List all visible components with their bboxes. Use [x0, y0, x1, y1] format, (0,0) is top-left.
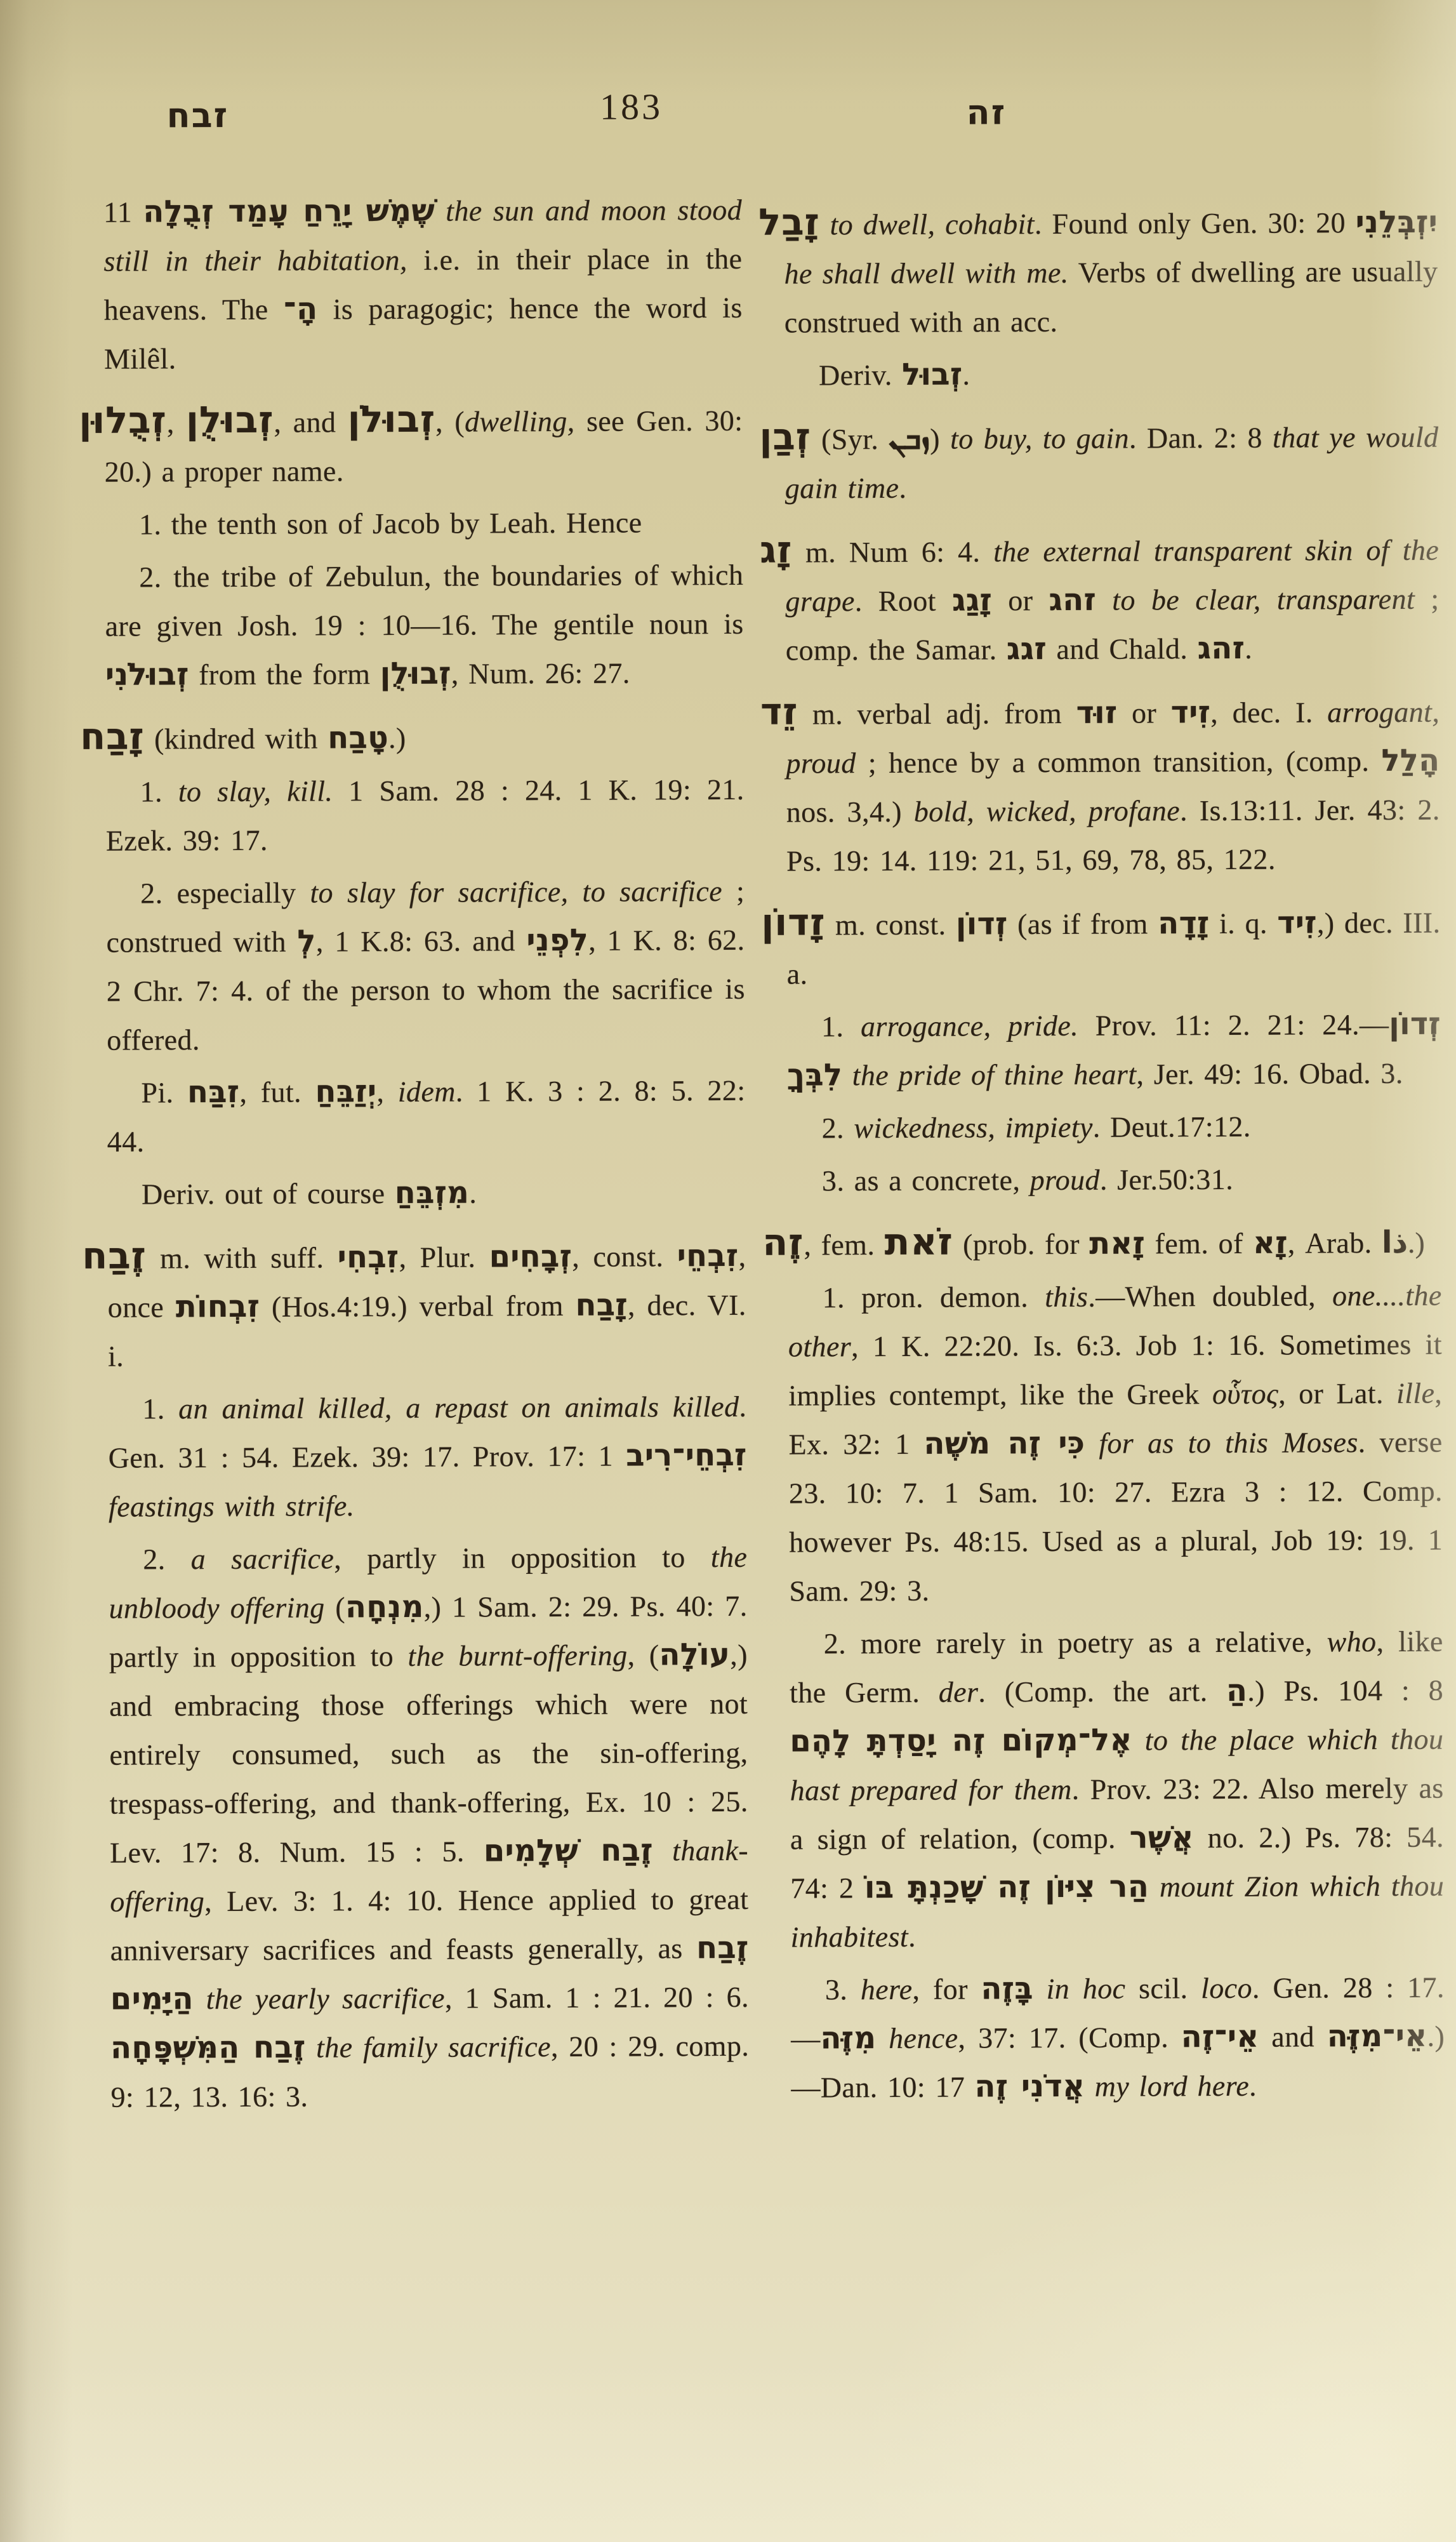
def-zebulun-2: 2. the tribe of Zebulun, the boundaries … [105, 550, 744, 700]
italic-gloss: arrogance, pride. [861, 1009, 1078, 1042]
body-text: , or Lat. [1278, 1377, 1396, 1410]
body-text: , for [912, 1973, 981, 2005]
body-text: .) [1408, 1227, 1425, 1259]
body-text: (kindred with [145, 722, 328, 755]
body-text [305, 2032, 316, 2064]
body-text: 11 [103, 196, 143, 229]
italic-gloss: in hoc [1046, 1973, 1125, 2005]
hebrew-headword: זְבוּלֻן [186, 398, 274, 442]
page-number: 183 [548, 85, 713, 128]
entry-zebulun: זְבֻלוּן, זְבוּלֻן, and זְבוּלֹן, (dwell… [104, 396, 743, 496]
body-text: m. verbal adj. from [798, 697, 1076, 731]
hebrew-text: זֶבַח הַמִּשְׁפָּחָה [110, 2030, 306, 2066]
hebrew-text: זִיד [1171, 695, 1211, 730]
def-zadon-3: 3. as a concrete, proud. Jer.50:31. [788, 1154, 1441, 1206]
hebrew-text: זִבַּח [187, 1074, 240, 1110]
body-text: , fem. [804, 1228, 885, 1261]
italic-gloss: idem [398, 1075, 456, 1108]
body-text: . Jer.50:31. [1100, 1163, 1233, 1196]
body-text: (Hos.4:19.) verbal from [260, 1289, 576, 1323]
hebrew-text: מִזְבֵּחַ [395, 1175, 470, 1211]
column-left: 11 שֶׁמֶשׁ יָרֵחַ עָמַד זְבֻלָה the sun … [78, 185, 750, 2122]
italic-gloss: to slay for sacrifice, to sacrifice [310, 875, 722, 908]
body-text: , ( [435, 406, 465, 438]
hebrew-text: זְדוֹן [956, 906, 1008, 942]
def-zabach-deriv: Deriv. out of course מִזְבֵּחַ. [107, 1168, 746, 1219]
body-text: (Syr. [811, 423, 889, 455]
hebrew-text: ܙܒܢ [889, 421, 930, 456]
hebrew-text: יְזַבֵּחַ [315, 1074, 376, 1109]
hebrew-headword: זְבַן [759, 415, 811, 458]
column-right: זָבַל to dwell, cohabit. Found only Gen.… [757, 183, 1452, 2119]
page-content: זבח 183 זה 11 שֶׁמֶשׁ יָרֵחַ עָמַד זְבֻל… [0, 0, 1456, 2542]
body-text: 2. especially [140, 877, 310, 910]
hebrew-text: זוּד [1076, 695, 1118, 731]
italic-gloss: to be clear, transparent [1112, 583, 1415, 616]
body-text: , Num. 26: 27. [451, 657, 630, 690]
body-text [1033, 1973, 1047, 2005]
hebrew-headword: זֶבַח [82, 1234, 147, 1277]
hebrew-headword: זֶה [762, 1221, 804, 1264]
def-zebach-1: 1. an animal killed, a repast on animals… [108, 1382, 747, 1531]
hebrew-text: לִפְנֵי [526, 922, 588, 958]
body-text: 1. pron. demon. [823, 1281, 1045, 1314]
italic-gloss: my lord here [1095, 2070, 1250, 2103]
italic-gloss: an animal killed, a repast on animals ki… [178, 1390, 739, 1425]
body-text: or [992, 584, 1049, 616]
body-text: , Lev. 3: 1. 4: 10. Hence applied to gre… [110, 1883, 749, 1967]
def-zeh-1: 1. pron. demon. this.—When doubled, one.… [788, 1271, 1443, 1616]
entry-zeh: זֶה, fem. זֹאת (prob. for זָאת fem. of ז… [788, 1218, 1441, 1270]
body-text: Prov. 11: 2. 21: 24.— [1078, 1008, 1389, 1042]
body-text: Pi. [141, 1076, 187, 1108]
body-text: 3. as a concrete, [822, 1164, 1030, 1197]
hebrew-text: הָ־ [284, 291, 318, 326]
body-text: , [167, 406, 186, 439]
italic-gloss: der [939, 1675, 979, 1708]
entry-zag: זָג m. Num 6: 4. the external transparen… [785, 526, 1439, 675]
hebrew-text: זָא [1253, 1225, 1288, 1261]
hebrew-headword: זָדוֹן [761, 900, 825, 943]
def-zabal-deriv: Deriv. זְבוּל. [784, 349, 1438, 400]
body-text: 2. the tribe of Zebulun, the boundaries … [105, 559, 744, 642]
body-text: . [899, 472, 906, 504]
body-text: ( [324, 1591, 345, 1623]
body-text: .) Ps. 104 : 8 [1247, 1674, 1443, 1707]
entry-zabach: זָבַח (kindred with טָבַח.) [105, 712, 744, 764]
body-text: . (Comp. the art. [978, 1675, 1226, 1708]
body-text: Deriv. [819, 359, 902, 392]
body-text: . Found only Gen. 30: 20 [1035, 206, 1356, 240]
body-text: . [962, 359, 970, 391]
text-body: 11 שֶׁמֶשׁ יָרֵחַ עָמַד זְבֻלָה the sun … [0, 183, 1456, 2122]
body-text: , partly in opposition to [334, 1541, 711, 1574]
body-text: 1. the tenth son of Jacob by Leah. Hence [139, 507, 642, 541]
def-zabach-piel: Pi. זִבַּח, fut. יְזַבֵּחַ, idem. 1 K. 3… [107, 1066, 746, 1166]
italic-gloss: οὗτος [1212, 1378, 1278, 1410]
body-text: , dec. I. [1210, 696, 1327, 729]
hebrew-text: זגג [1007, 631, 1047, 667]
body-text [194, 1983, 206, 2015]
body-text: or [1117, 696, 1170, 729]
hebrew-text: זִבְחִי [338, 1239, 399, 1275]
body-text: . [469, 1177, 477, 1209]
body-text: (as if from [1008, 907, 1158, 940]
lexicon-page-scan: { "page": { "ink_color": "#2b2115", "pap… [0, 0, 1456, 2542]
entry-zabal: זָבַל to dwell, cohabit. Found only Gen.… [784, 198, 1438, 347]
hebrew-text: זִבְחֵי [677, 1238, 739, 1274]
hebrew-text: זְבוּלֹנִי [105, 656, 189, 693]
hebrew-text: ذا [1382, 1225, 1408, 1260]
def-zadon-1: 1. arrogance, pride. Prov. 11: 2. 21: 24… [787, 1000, 1441, 1100]
italic-gloss: loco [1201, 1972, 1252, 2004]
body-text: . [1249, 2070, 1257, 2102]
italic-gloss: a sacrifice [191, 1542, 334, 1575]
hebrew-headword: זְבֻלוּן [79, 398, 167, 442]
body-text: ; hence by a common transition, (comp. [856, 745, 1382, 779]
running-head: זבח 183 זה [0, 79, 1453, 154]
italic-gloss: for as to this Moses [1099, 1426, 1358, 1460]
running-head-left-word: זבח [166, 95, 228, 135]
hebrew-text: זִבְחֵי־רִיב [626, 1437, 747, 1474]
body-text: . Dan. 2: 8 [1129, 422, 1273, 455]
body-text: , [376, 1075, 398, 1108]
body-text: , const. [572, 1240, 677, 1273]
hebrew-text: יִזְבְּלֵנִי [1356, 204, 1438, 240]
italic-gloss: hence [889, 2022, 958, 2054]
hebrew-text: זְבוּלֻן [380, 656, 451, 691]
italic-gloss: the pride of thine heart [852, 1058, 1137, 1092]
body-text: (prob. for [953, 1228, 1090, 1261]
body-text: Deriv. out of course [142, 1177, 395, 1211]
italic-gloss: proud [1030, 1164, 1100, 1196]
italic-gloss: the family sacrifice [316, 2030, 551, 2063]
entry-zed: זֵד m. verbal adj. from זוּד or זִיד, de… [786, 688, 1440, 886]
italic-gloss: dwelling, [465, 405, 575, 438]
body-text: m. Num 6: 4. [792, 535, 993, 568]
body-text: 1. [140, 775, 178, 808]
hebrew-headword: זֵד [760, 690, 798, 733]
italic-gloss: he shall dwell with me. [784, 256, 1068, 290]
body-text: . [1245, 632, 1252, 665]
body-text: , Plur. [399, 1241, 489, 1274]
body-text: and Chald. [1047, 632, 1198, 665]
body-text: , ( [627, 1639, 659, 1671]
body-text: , Jer. 49: 16. Obad. 3. [1136, 1057, 1403, 1091]
entry-zebach: זֶבַח m. with suff. זִבְחִי, Plur. זְבָח… [107, 1232, 746, 1381]
def-zebulun-1: 1. the tenth son of Jacob by Leah. Hence [105, 498, 743, 549]
body-text: , and [274, 406, 347, 438]
hebrew-text: כִּי זֶה מֹשֶׁה [923, 1425, 1085, 1461]
hebrew-text: עוֹלָה [659, 1637, 730, 1672]
body-text: .—When doubled, [1088, 1279, 1332, 1312]
hebrew-text: זָאת [1089, 1225, 1145, 1261]
hebrew-text: הַ [1226, 1673, 1247, 1708]
body-text: 1. [821, 1010, 861, 1042]
hebrew-text: אֵי־מִזֶּה [1327, 2018, 1427, 2054]
body-text [1096, 584, 1112, 616]
italic-gloss: ille [1396, 1377, 1435, 1409]
running-head-right-word: זה [966, 91, 1006, 132]
entry-zadon: זָדוֹן m. const. זְדוֹן (as if from זָדָ… [786, 898, 1441, 999]
def-zabach-2: 2. especially to slay for sacrifice, to … [106, 867, 745, 1065]
italic-gloss: this [1045, 1281, 1088, 1313]
hebrew-text: אֲדֹנִי זֶה [974, 2068, 1085, 2105]
body-text: , Arab. [1288, 1227, 1382, 1260]
hebrew-text: זהג [1198, 630, 1245, 666]
body-text: m. with suff. [147, 1241, 338, 1274]
def-zadon-2: 2. wickedness, impiety. Deut.17:12. [788, 1101, 1441, 1153]
hebrew-text: זָדָה [1158, 905, 1210, 941]
body-text: and [1259, 2020, 1327, 2053]
italic-gloss: bold, wicked, profane [914, 794, 1180, 828]
body-text: . Root [855, 585, 952, 618]
body-text: 3. [825, 1973, 861, 2006]
hebrew-text: מִנְחָה [345, 1589, 424, 1625]
body-text [1085, 2070, 1095, 2103]
def-zabach-1: 1. to slay, kill. 1 Sam. 28 : 24. 1 K. 1… [105, 765, 745, 865]
hebrew-text: הָלַל [1381, 743, 1439, 778]
body-text [820, 208, 830, 241]
body-text: from the form [189, 658, 380, 691]
hebrew-headword: זָג [760, 528, 792, 571]
hebrew-headword: זָבַל [758, 200, 820, 243]
hebrew-text: זִבְחוֹת [176, 1289, 260, 1325]
hebrew-text: זְבָחִים [489, 1239, 572, 1275]
hebrew-text: הַר צִיּוֹן זֶה שָׁכַנְתָּ בּוֹ [864, 1868, 1149, 1905]
body-text [876, 2022, 889, 2054]
continuation-zebulah: 11 שֶׁמֶשׁ יָרֵחַ עָמַד זְבֻלָה the sun … [103, 185, 743, 383]
body-text: , fut. [239, 1075, 315, 1108]
italic-gloss: here [861, 1973, 913, 2006]
body-text [1149, 1870, 1160, 1903]
body-text [1132, 1724, 1145, 1756]
body-text: ) [930, 423, 950, 455]
body-text: 2. [143, 1543, 191, 1575]
body-text [1085, 1427, 1099, 1460]
italic-gloss: who [1327, 1625, 1377, 1658]
body-text: , 37: 17. (Comp. [958, 2021, 1181, 2054]
body-text: i. q. [1209, 907, 1277, 940]
hebrew-headword: זָבַח [80, 715, 145, 758]
hebrew-text: טָבַח [328, 720, 388, 755]
def-zebach-2: 2. a sacrifice, partly in opposition to … [109, 1533, 750, 2122]
def-zeh-3: 3. here, for בָּזֶה in hoc scil. loco. G… [791, 1963, 1445, 2112]
def-zeh-2: 2. more rarely in poetry as a relative, … [790, 1617, 1445, 1962]
body-text: .) [388, 722, 406, 754]
entry-zeban: זְבַן (Syr. ܙܒܢ) to buy, to gain. Dan. 2… [784, 413, 1439, 513]
body-text [435, 195, 446, 227]
body-text: 2. more rarely in poetry as a relative, [824, 1625, 1327, 1660]
hebrew-text: זְבוּל [902, 357, 962, 392]
italic-gloss: to buy, to gain [950, 422, 1129, 455]
hebrew-text: זֶבַח שְׁלָמִים [484, 1832, 653, 1868]
body-text: . Deut.17:12. [1093, 1110, 1251, 1143]
body-text: fem. of [1145, 1227, 1253, 1260]
italic-gloss: the yearly sacrifice [206, 1982, 445, 2015]
body-text: 2. [822, 1112, 854, 1144]
hebrew-text: זָגַג [952, 582, 992, 618]
italic-gloss: wickedness, impiety [854, 1111, 1093, 1144]
italic-gloss: to dwell, cohabit [830, 208, 1035, 241]
hebrew-text: אֶל־מְקוֹם זֶה יָסַדְתָּ לָהֶם [790, 1722, 1132, 1759]
body-text: scil. [1125, 1972, 1201, 2004]
italic-gloss: the burnt-offering [407, 1639, 627, 1672]
italic-gloss: to slay, kill. [178, 775, 333, 808]
body-text: . [908, 1920, 916, 1953]
hebrew-text: אֵי־זֶה [1181, 2019, 1259, 2054]
hebrew-text: אֲשֶׁר [1130, 1820, 1194, 1855]
body-text: m. const. [825, 908, 956, 942]
hebrew-headword: זֹאת [885, 1220, 953, 1263]
hebrew-text: שֶׁמֶשׁ יָרֵחַ עָמַד זְבֻלָה [143, 193, 435, 230]
hebrew-text: מִזֶּה [820, 2020, 876, 2056]
hebrew-text: לְ [297, 923, 316, 959]
italic-gloss: feastings with strife. [109, 1489, 355, 1522]
body-text: nos. 3,4.) [786, 795, 914, 828]
body-text [653, 1834, 672, 1867]
body-text: , 1 Sam. 1 : 21. 20 : 6. [445, 1981, 749, 2014]
body-text [842, 1059, 852, 1091]
hebrew-text: בָּזֶה [981, 1971, 1033, 2006]
hebrew-headword: זְבוּלֹן [348, 397, 436, 441]
hebrew-text: זהג [1049, 582, 1096, 618]
hebrew-text: זָבַח [575, 1288, 628, 1323]
hebrew-text: זִיד [1277, 905, 1317, 940]
body-text: , 1 K.8: 63. and [316, 924, 527, 957]
body-text: 1. [142, 1392, 178, 1425]
